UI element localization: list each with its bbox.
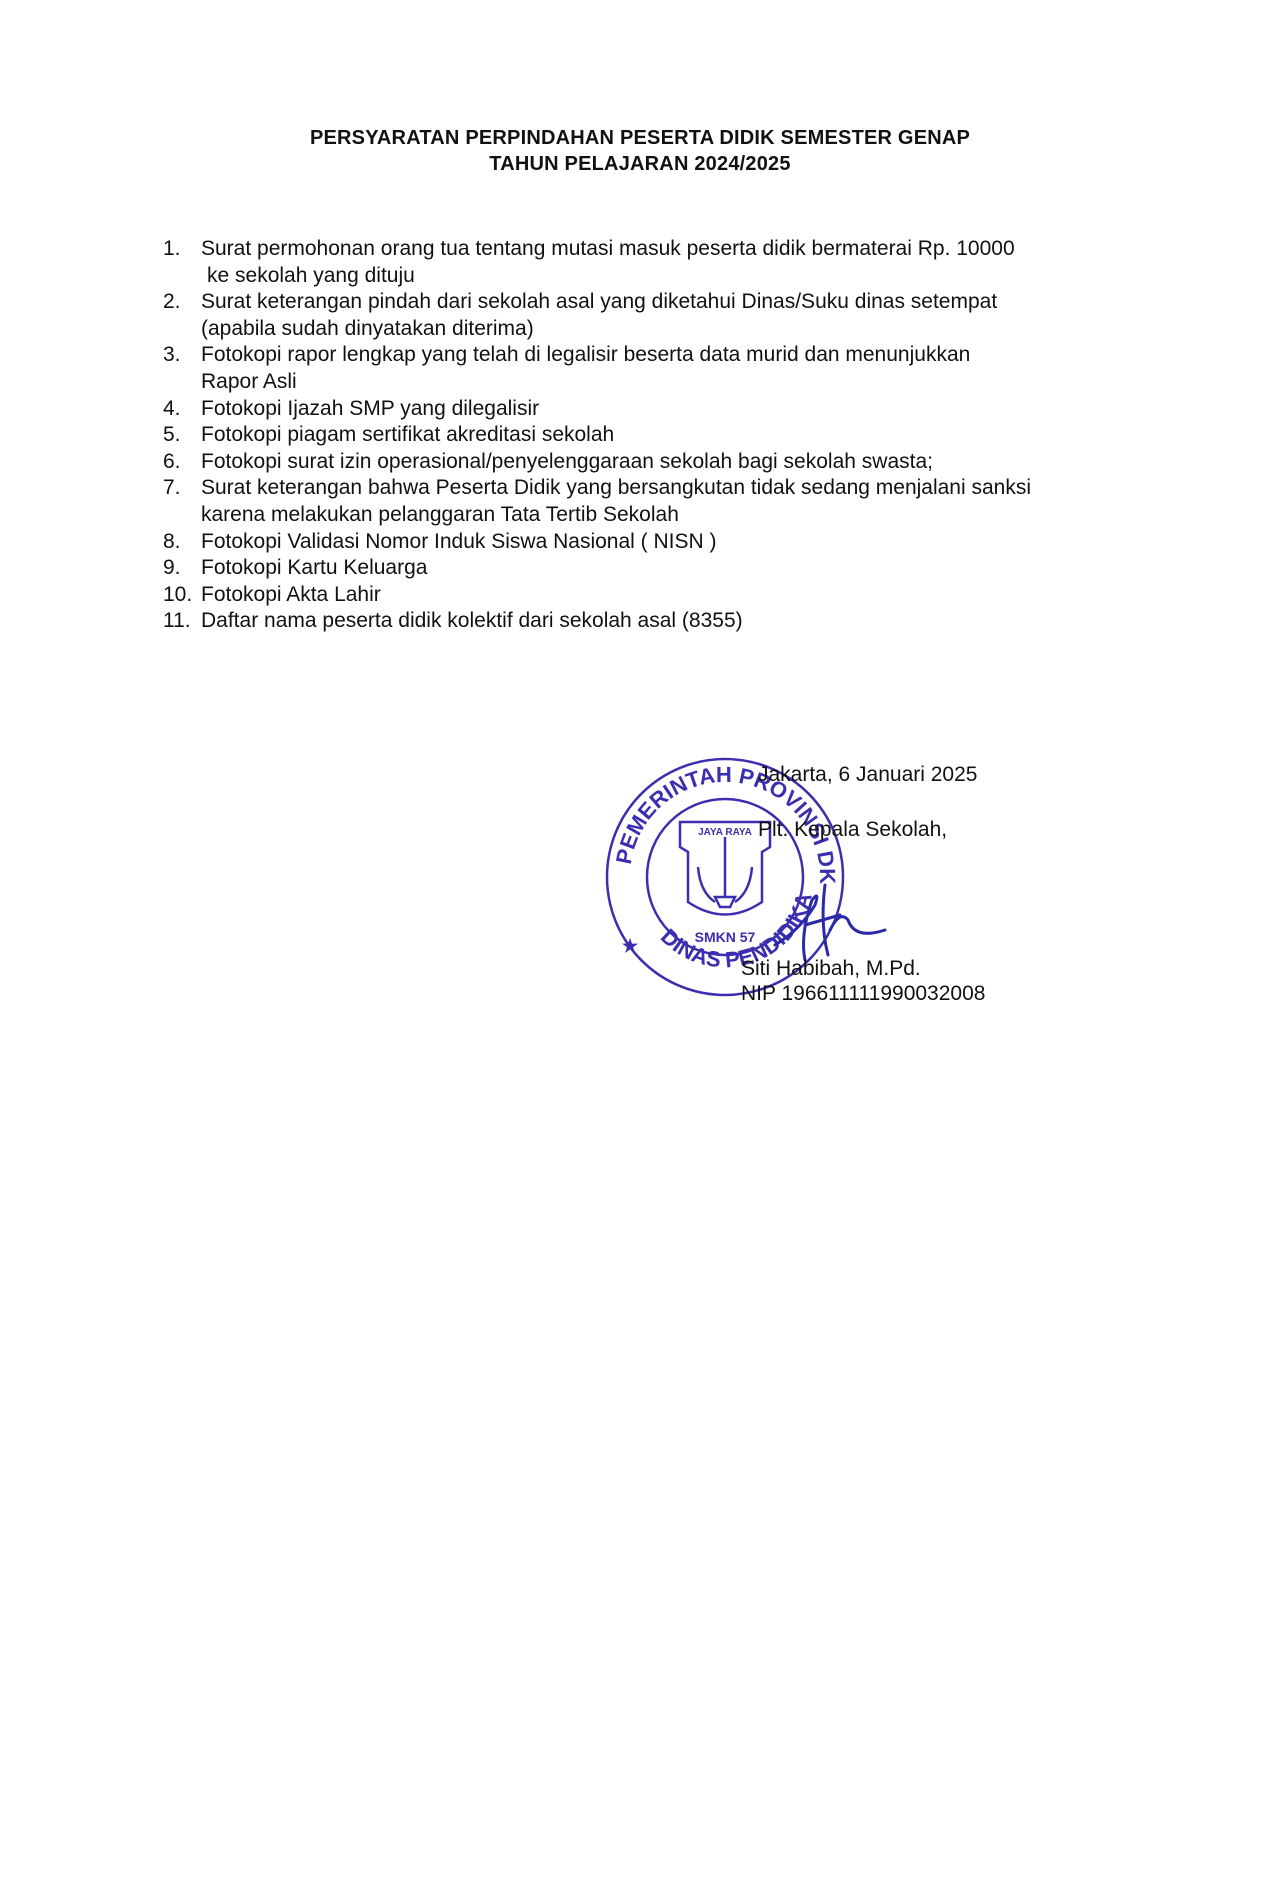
signature-position: Plt. Kepala Sekolah,	[758, 818, 947, 842]
list-item-text: ke sekolah yang dituju	[207, 263, 415, 290]
list-item-number: 4.	[163, 396, 181, 423]
list-item-continuation: ke sekolah yang dituju	[163, 263, 1223, 290]
document-subtitle: TAHUN PELAJARAN 2024/2025	[0, 153, 1280, 176]
document-title: PERSYARATAN PERPINDAHAN PESERTA DIDIK SE…	[0, 127, 1280, 150]
signatory-nip: NIP 196611111990032008	[741, 982, 985, 1006]
list-item: 11.Daftar nama peserta didik kolektif da…	[163, 608, 1223, 635]
svg-text:SMKN 57: SMKN 57	[695, 929, 756, 945]
list-item-text: Surat keterangan pindah dari sekolah asa…	[201, 289, 997, 316]
list-item-text: Daftar nama peserta didik kolektif dari …	[201, 608, 743, 635]
list-item-text: Rapor Asli	[201, 369, 297, 396]
signature-place-date: Jakarta, 6 Januari 2025	[758, 763, 977, 787]
list-item-number: 10.	[163, 582, 192, 609]
list-item-number: 3.	[163, 342, 181, 369]
list-item-number: 9.	[163, 555, 181, 582]
list-item: 4.Fotokopi Ijazah SMP yang dilegalisir	[163, 396, 1223, 423]
list-item-number: 11.	[163, 608, 191, 635]
list-item-number: 6.	[163, 449, 181, 476]
svg-text:JAYA RAYA: JAYA RAYA	[698, 827, 752, 838]
list-item-text: karena melakukan pelanggaran Tata Tertib…	[201, 502, 679, 529]
list-item: 6.Fotokopi surat izin operasional/penyel…	[163, 449, 1223, 476]
list-item-text: Fotokopi surat izin operasional/penyelen…	[201, 449, 933, 476]
list-item: 1.Surat permohonan orang tua tentang mut…	[163, 236, 1223, 263]
requirements-list: 1.Surat permohonan orang tua tentang mut…	[163, 236, 1223, 635]
list-item: 2.Surat keterangan pindah dari sekolah a…	[163, 289, 1223, 316]
list-item-text: Fotokopi Ijazah SMP yang dilegalisir	[201, 396, 539, 423]
list-item-text: Fotokopi Akta Lahir	[201, 582, 381, 609]
list-item-continuation: (apabila sudah dinyatakan diterima)	[163, 316, 1223, 343]
list-item-number: 5.	[163, 422, 181, 449]
list-item-text: Surat keterangan bahwa Peserta Didik yan…	[201, 475, 1031, 502]
list-item-number: 7.	[163, 475, 181, 502]
list-item-continuation: karena melakukan pelanggaran Tata Tertib…	[163, 502, 1223, 529]
list-item-number: 1.	[163, 236, 181, 263]
list-item-text: Surat permohonan orang tua tentang mutas…	[201, 236, 1015, 263]
signature-icon	[770, 875, 890, 965]
list-item: 9.Fotokopi Kartu Keluarga	[163, 555, 1223, 582]
svg-text:★: ★	[622, 936, 639, 956]
list-item-continuation: Rapor Asli	[163, 369, 1223, 396]
list-item-number: 8.	[163, 529, 181, 556]
signatory-name: Siti Habibah, M.Pd.	[741, 957, 921, 981]
list-item-text: Fotokopi piagam sertifikat akreditasi se…	[201, 422, 614, 449]
list-item: 7.Surat keterangan bahwa Peserta Didik y…	[163, 475, 1223, 502]
list-item: 8.Fotokopi Validasi Nomor Induk Siswa Na…	[163, 529, 1223, 556]
list-item: 5.Fotokopi piagam sertifikat akreditasi …	[163, 422, 1223, 449]
list-item-text: Fotokopi Validasi Nomor Induk Siswa Nasi…	[201, 529, 716, 556]
list-item-number: 2.	[163, 289, 181, 316]
list-item: 10.Fotokopi Akta Lahir	[163, 582, 1223, 609]
list-item-text: Fotokopi rapor lengkap yang telah di leg…	[201, 342, 970, 369]
list-item-text: (apabila sudah dinyatakan diterima)	[201, 316, 534, 343]
list-item: 3.Fotokopi rapor lengkap yang telah di l…	[163, 342, 1223, 369]
list-item-text: Fotokopi Kartu Keluarga	[201, 555, 427, 582]
